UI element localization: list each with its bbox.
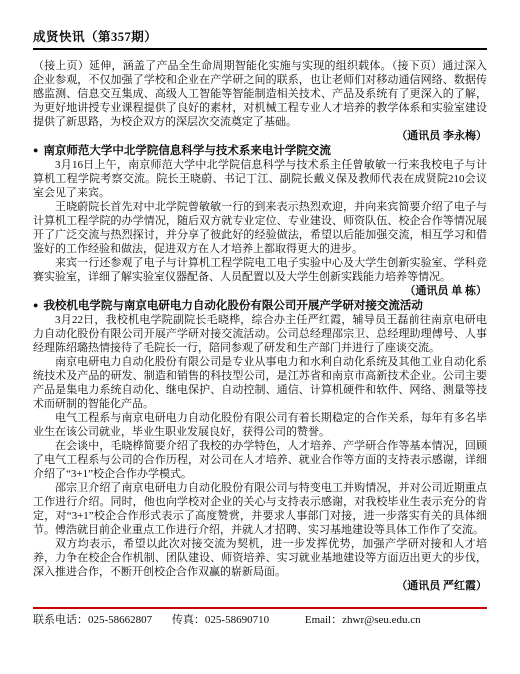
headline-text: 南京师范大学中北学院信息科学与技术系来电计学院交流 <box>43 145 331 157</box>
newsletter-header: 成贤快讯（第357期） <box>33 30 487 50</box>
article-headline: ●我校机电学院与南京电研电力自动化股份有限公司开展产学研对接交流活动 <box>33 298 487 313</box>
footer-contacts: 联系电话：025-58662807 传真：025-58690710 Email：… <box>33 613 487 627</box>
contact-email: Email：zhwr@seu.edu.cn <box>305 613 421 627</box>
bullet-icon: ● <box>33 145 38 155</box>
header-rule <box>33 48 487 50</box>
byline: （通讯员 李永梅） <box>33 129 487 143</box>
paragraph: 在会谈中，毛晓桦简要介绍了我校的办学特色，人才培养、产学研合作等基本情况，回顾了… <box>33 439 487 481</box>
contact-fax: 传真：025-58690710 <box>172 613 269 627</box>
newsletter-title: 成贤快讯（第357期） <box>33 30 487 44</box>
paragraph: 南京电研电力自动化股份有限公司是专业从事电力和水利自动化系统及其他工业自动化系统… <box>33 355 487 411</box>
paragraph: 3月22日，我校机电学院副院长毛晓桦，综合办主任严红霞，辅导员王磊前往南京电研电… <box>33 313 487 355</box>
email-value: zhwr@seu.edu.cn <box>342 614 421 626</box>
article-company-visit: ●我校机电学院与南京电研电力自动化股份有限公司开展产学研对接交流活动 3月22日… <box>33 298 487 593</box>
newsletter-page: 成贤快讯（第357期） （接上页）延伸，涵盖了产品全生命周期智能化实施与实现的组… <box>0 0 520 674</box>
paragraph: 3月16日上午，南京师范大学中北学院信息科学与技术系主任曾敏敏一行来我校电子与计… <box>33 158 487 200</box>
paragraph: 双方均表示，希望以此次对接交流为契机，进一步发挥优势，加强产学研对接和人才培养，… <box>33 537 487 579</box>
footer-rule <box>33 607 487 609</box>
phone-value: 025-58662807 <box>88 614 152 626</box>
email-label: Email： <box>305 614 342 626</box>
paragraph: 邵宗卫介绍了南京电研电力自动化股份有限公司与特变电工并购情况，并对公司近期重点工… <box>33 481 487 537</box>
newsletter-body: （接上页）延伸，涵盖了产品全生命周期智能化实施与实现的组织载体。（接下页）通过深… <box>33 59 487 593</box>
fax-value: 025-58690710 <box>205 614 269 626</box>
byline: （通讯员 严红霞） <box>33 579 487 593</box>
article-nsu-exchange: ●南京师范大学中北学院信息科学与技术系来电计学院交流 3月16日上午，南京师范大… <box>33 143 487 298</box>
paragraph: 来宾一行还参观了电子与计算机工程学院电工电子实验中心及大学生创新实验室、学科竞赛… <box>33 256 487 284</box>
phone-label: 联系电话： <box>33 614 88 626</box>
bullet-icon: ● <box>33 300 38 310</box>
paragraph: （接上页）延伸，涵盖了产品全生命周期智能化实施与实现的组织载体。（接下页）通过深… <box>33 59 487 129</box>
paragraph: 电气工程系与南京电研电力自动化股份有限公司有着长期稳定的合作关系，每年有多名毕业… <box>33 411 487 439</box>
article-continuation: （接上页）延伸，涵盖了产品全生命周期智能化实施与实现的组织载体。（接下页）通过深… <box>33 59 487 143</box>
contact-phone: 联系电话：025-58662807 <box>33 613 152 627</box>
headline-text: 我校机电学院与南京电研电力自动化股份有限公司开展产学研对接交流活动 <box>43 300 423 312</box>
newsletter-footer: 联系电话：025-58662807 传真：025-58690710 Email：… <box>33 607 487 627</box>
byline: （通讯员 单 栋） <box>33 284 487 298</box>
paragraph: 王晓蔚院长首先对中北学院曾敏敏一行的到来表示热烈欢迎，并向来宾简要介绍了电子与计… <box>33 200 487 256</box>
fax-label: 传真： <box>172 614 205 626</box>
article-headline: ●南京师范大学中北学院信息科学与技术系来电计学院交流 <box>33 143 487 158</box>
